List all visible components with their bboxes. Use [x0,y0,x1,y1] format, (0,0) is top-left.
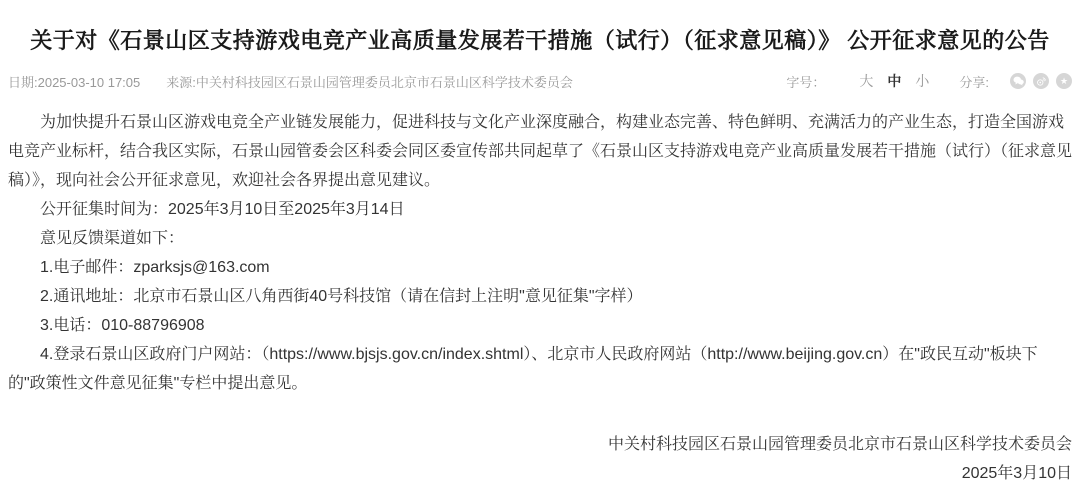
wechat-icon[interactable] [1010,73,1026,89]
body-paragraph-period: 公开征集时间为：2025年3月10日至2025年3月14日 [8,195,1072,224]
article-footer: 中关村科技园区石景山园管理委员北京市石景山区科学技术委员会 2025年3月10日 [8,430,1072,488]
page-title: 关于对《石景山区支持游戏电竞产业高质量发展若干措施（试行）（征求意见稿）》 公开… [8,0,1072,56]
meta-right: 字号： 大 中 小 分享: ★ [786,71,1072,91]
meta-bar: 日期:2025-03-10 17:05 来源:中关村科技园区石景山园管理委员北京… [8,72,1072,90]
article-body: 为加快提升石景山区游戏电竞全产业链发展能力，促进科技与文化产业深度融合，构建业态… [8,108,1072,398]
weibo-icon[interactable] [1033,73,1049,89]
footer-issuer: 中关村科技园区石景山园管理委员北京市石景山区科学技术委员会 [8,430,1072,459]
body-paragraph-channels: 意见反馈渠道如下： [8,224,1072,253]
meta-left: 日期:2025-03-10 17:05 来源:中关村科技园区石景山园管理委员北京… [8,72,573,91]
publish-date: 日期:2025-03-10 17:05 [8,72,140,91]
footer-date: 2025年3月10日 [8,459,1072,488]
font-size-label: 字号： [786,72,825,91]
body-paragraph-email: 1.电子邮件：zparksjs@163.com [8,253,1072,282]
favorite-star-icon[interactable]: ★ [1056,73,1072,89]
body-paragraph-websites: 4.登录石景山区政府门户网站：（https://www.bjsjs.gov.cn… [8,340,1072,398]
font-size-small-button[interactable]: 小 [915,71,929,91]
share-label: 分享: [959,72,989,91]
font-size-medium-button[interactable]: 中 [887,71,901,91]
body-paragraph-address: 2.通讯地址：北京市石景山区八角西街40号科技馆（请在信封上注明"意见征集"字样… [8,282,1072,311]
body-paragraph-intro: 为加快提升石景山区游戏电竞全产业链发展能力，促进科技与文化产业深度融合，构建业态… [8,108,1072,195]
announcement-page: 关于对《石景山区支持游戏电竞产业高质量发展若干措施（试行）（征求意见稿）》 公开… [0,0,1080,488]
font-size-large-button[interactable]: 大 [859,71,873,91]
body-paragraph-phone: 3.电话：010-88796908 [8,311,1072,340]
publish-source: 来源:中关村科技园区石景山园管理委员北京市石景山区科学技术委员会 [166,72,573,91]
